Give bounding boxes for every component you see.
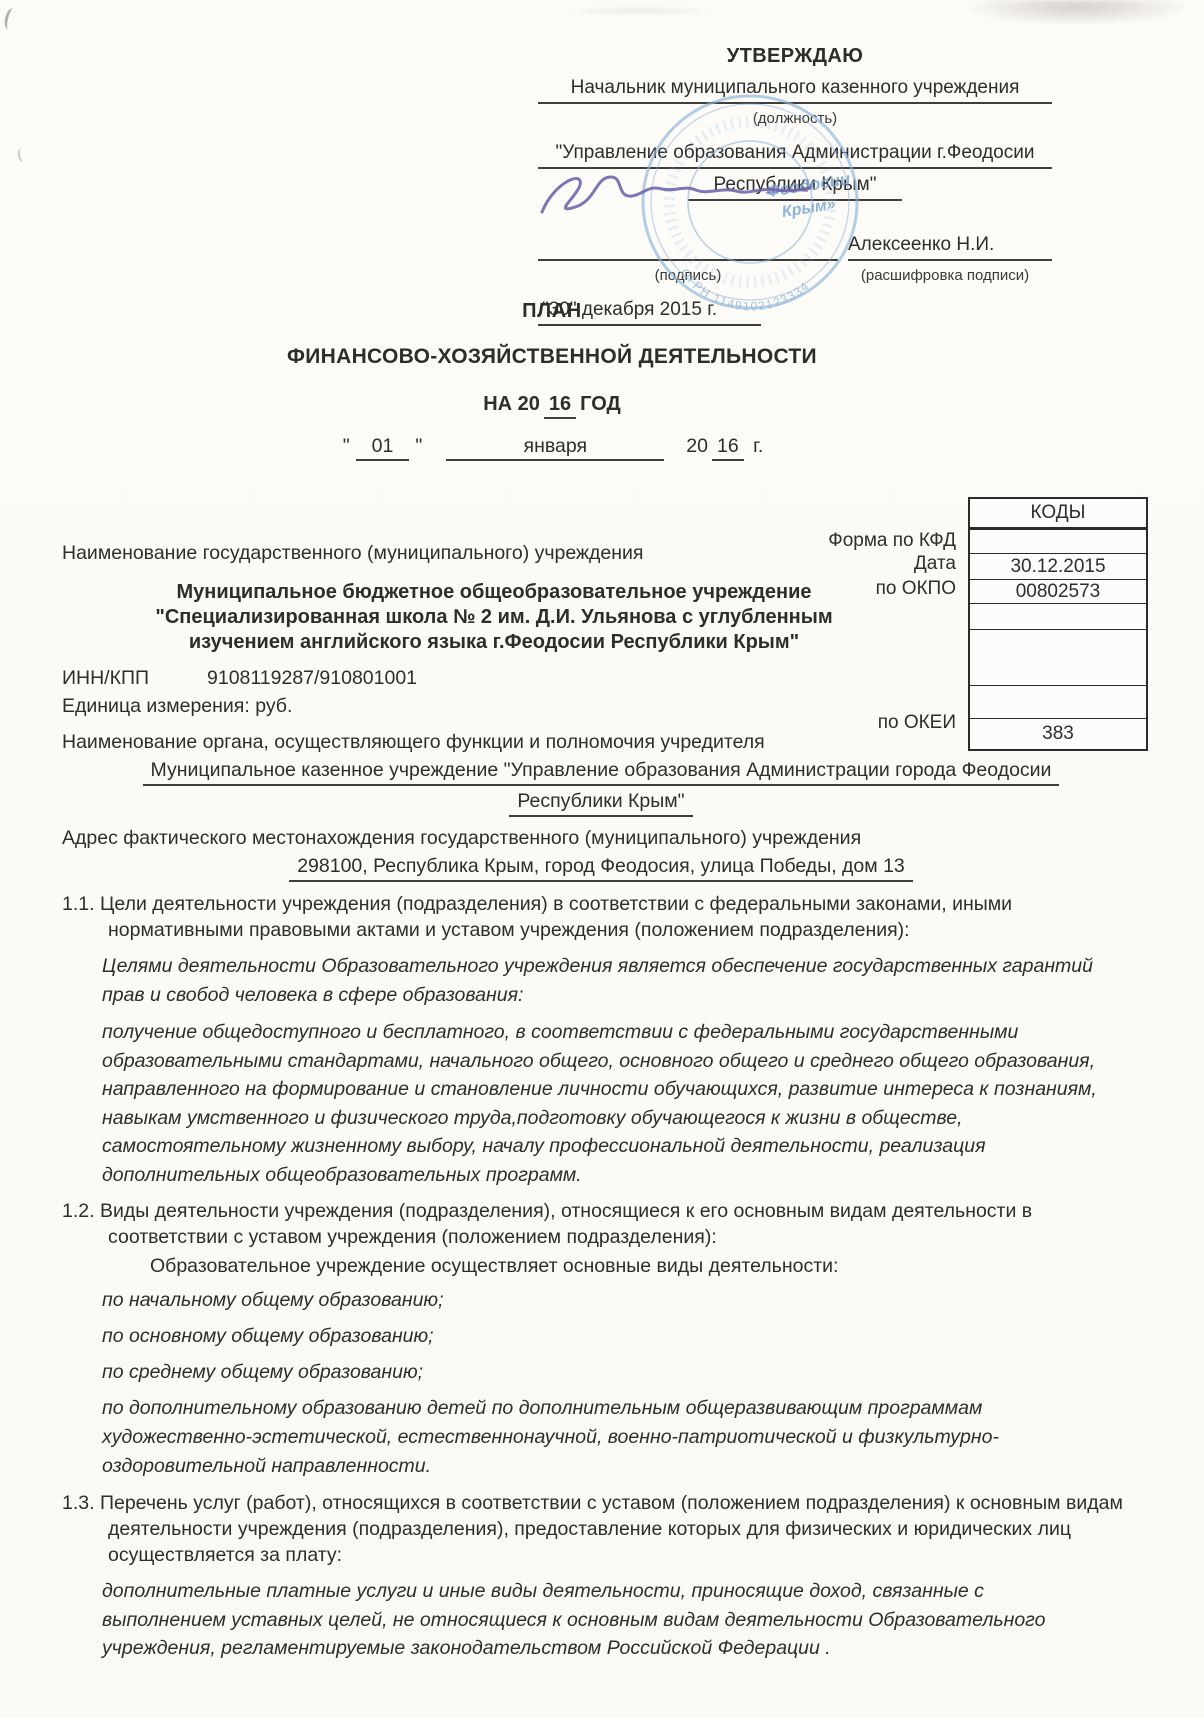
founder-label: Наименование органа, осуществляющего фун…	[62, 729, 1140, 755]
institution-name-label: Наименование государственного (муниципал…	[62, 540, 1140, 566]
section-1-3-services: дополнительные платные услуги и иные вид…	[102, 1577, 1110, 1663]
section-1-2-number: 1.2.	[62, 1200, 95, 1222]
section-1-1-goals-1: Целями деятельности Образовательного учр…	[102, 952, 1110, 1009]
document-title-block: ПЛАН ФИНАНСОВО-ХОЗЯЙСТВЕННОЙ ДЕЯТЕЛЬНОСТ…	[102, 300, 1002, 461]
date-year: 16	[712, 435, 744, 461]
scan-artifact	[3, 7, 20, 31]
institution-name-line-2: "Специализированная школа № 2 им. Д.И. У…	[76, 605, 912, 630]
section-1-1: 1.1. Цели деятельности учреждения (подра…	[62, 891, 1140, 943]
date-century: 20	[686, 435, 708, 457]
title-year-prefix: НА 20	[483, 393, 540, 415]
institution-name-line-1: Муниципальное бюджетное общеобразователь…	[76, 580, 912, 605]
activity-item: по основному общему образованию;	[102, 1322, 1110, 1351]
activity-item: по среднему общему образованию;	[102, 1358, 1110, 1387]
date-suffix: г.	[753, 435, 763, 457]
section-1-2-intro: Образовательное учреждение осуществляет …	[150, 1253, 1140, 1279]
inn-kpp-label: ИНН/КПП	[62, 667, 149, 689]
founder-line-2-wrap: Республики Крым"	[62, 786, 1140, 817]
plan-date-line: "01"января2016 г.	[102, 435, 1002, 461]
document-body: Наименование государственного (муниципал…	[62, 540, 1140, 1672]
inn-kpp-value: 9108119287/910801001	[207, 667, 417, 689]
founder-line-1-wrap: Муниципальное казенное учреждение "Управ…	[62, 755, 1140, 786]
inn-kpp-row: ИНН/КПП9108119287/910801001	[62, 665, 1140, 691]
title-year-line: НА 2016ГОД	[102, 393, 1002, 419]
title-year-value: 16	[544, 393, 576, 419]
section-1-1-number: 1.1.	[62, 893, 95, 915]
approve-heading: УТВЕРЖДАЮ	[538, 44, 1052, 68]
signature-handwriting	[534, 166, 846, 226]
address-label: Адрес фактического местонахождения госуд…	[62, 825, 1140, 851]
founder-line-1: Муниципальное казенное учреждение "Управ…	[143, 758, 1060, 786]
date-open-quote: "	[341, 435, 352, 457]
institution-name-line-3: изучением английского языка г.Феодосии Р…	[76, 630, 912, 655]
section-1-3: 1.3. Перечень услуг (работ), относящихся…	[62, 1490, 1140, 1568]
founder-line-2: Республики Крым"	[509, 789, 692, 817]
section-1-2: 1.2. Виды деятельности учреждения (подра…	[62, 1198, 1140, 1250]
date-day: 01	[356, 435, 410, 461]
activity-item: по начальному общему образованию;	[102, 1286, 1110, 1315]
institution-name: Муниципальное бюджетное общеобразователь…	[76, 580, 912, 655]
scanned-document-page: УТВЕРЖДАЮ Начальник муниципального казен…	[0, 0, 1204, 1718]
section-1-1-goals-2: получение общедоступного и бесплатного, …	[102, 1018, 1110, 1189]
title-subject: ФИНАНСОВО-ХОЗЯЙСТВЕННОЙ ДЕЯТЕЛЬНОСТИ	[102, 345, 1002, 369]
section-1-3-text: Перечень услуг (работ), относящихся в со…	[100, 1492, 1123, 1566]
section-1-2-text: Виды деятельности учреждения (подразделе…	[100, 1200, 1032, 1248]
section-1-3-number: 1.3.	[62, 1492, 95, 1514]
scan-artifact	[560, 6, 720, 16]
scan-artifact	[17, 147, 28, 162]
codes-table-header: КОДЫ	[970, 499, 1146, 529]
section-1-1-text: Цели деятельности учреждения (подразделе…	[100, 893, 1012, 941]
address-value-wrap: 298100, Республика Крым, город Феодосия,…	[62, 851, 1140, 882]
title-year-suffix: ГОД	[580, 393, 621, 415]
unit-of-measure: Единица измерения: руб.	[62, 693, 1140, 719]
activity-item: по дополнительному образованию детей по …	[102, 1394, 1110, 1481]
address-value: 298100, Республика Крым, город Феодосия,…	[289, 854, 913, 882]
scan-artifact	[950, 0, 1204, 24]
date-month: января	[446, 435, 664, 461]
date-close-quote: "	[413, 435, 424, 457]
